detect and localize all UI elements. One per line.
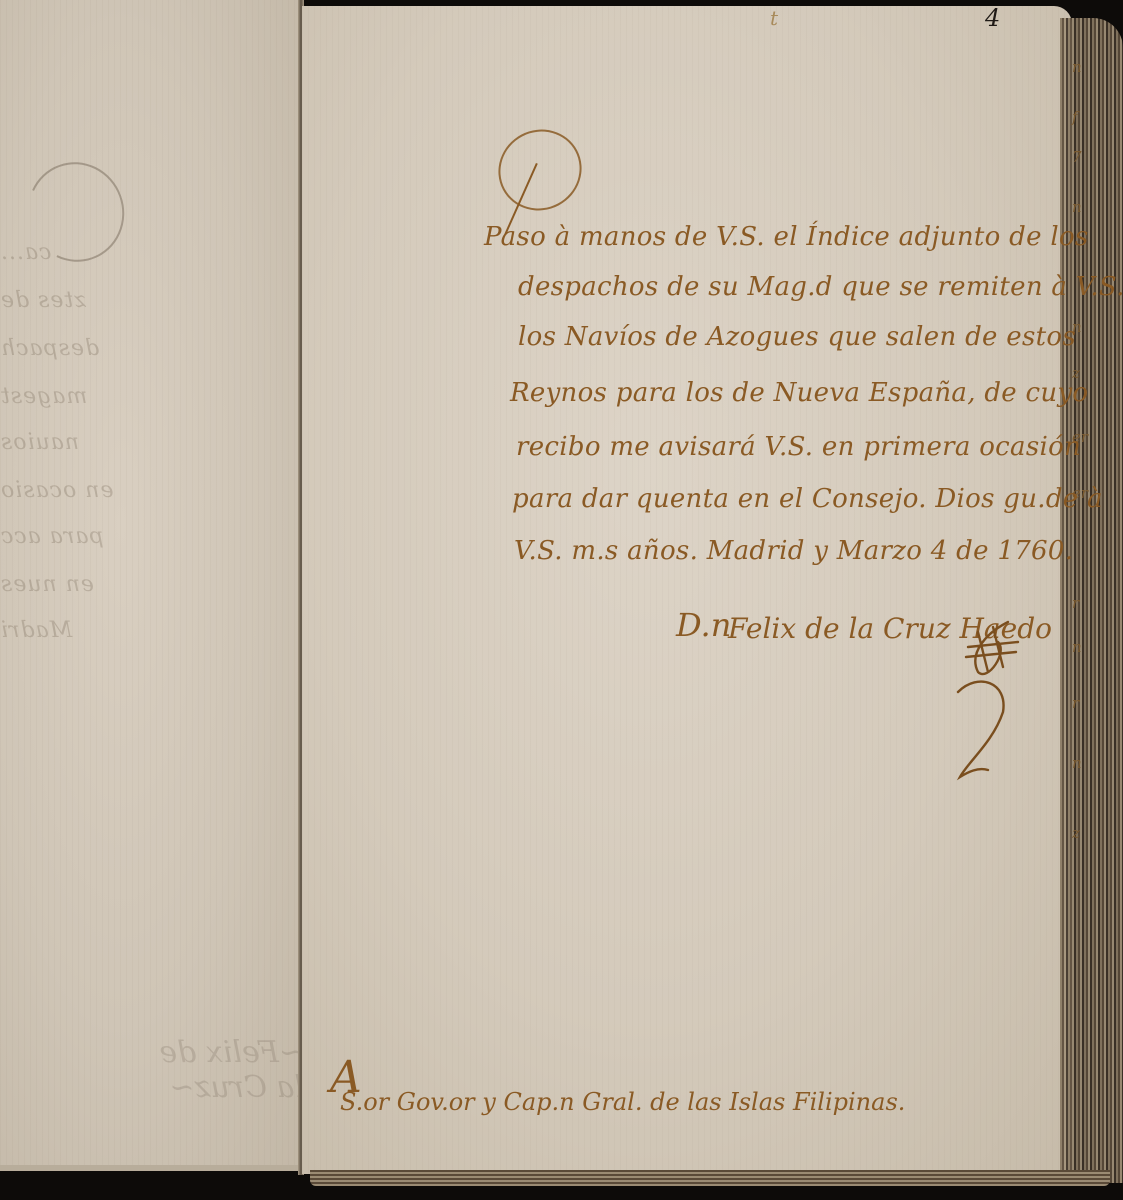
letter-line-3: los Navíos de Azogues que salen de estos (518, 322, 1076, 352)
edge-mark: n (1072, 640, 1082, 655)
edge-mark: n (1072, 756, 1082, 771)
letter-line-4: Reynos para los de Nueva España, de cuyo (510, 378, 1088, 408)
letter-line-1: Paso à manos de V.S. el Índice adjunto d… (484, 222, 1089, 252)
edge-mark: z (1072, 826, 1080, 841)
stacked-page-edges (1060, 18, 1123, 1183)
bleed-through-line: magest (0, 384, 87, 409)
edge-mark: r (1072, 596, 1079, 611)
edge-mark: f (1072, 110, 1078, 125)
scan-background: ca... ztes de despach magest nauios en o… (0, 0, 1123, 1200)
right-page-recto (302, 6, 1072, 1174)
bleed-through-signature: ~Felix de la Cruz~ (130, 1035, 304, 1105)
edge-mark: r (1072, 696, 1079, 711)
bleed-through-line: despach (0, 336, 99, 361)
edge-mark: n (1072, 200, 1082, 215)
bleed-through-line: en nues (0, 572, 94, 597)
bottom-page-edges (310, 1170, 1110, 1186)
letter-line-5: recibo me avisará V.S. en primera ocasió… (516, 432, 1081, 462)
bleed-through-line: ca... (0, 240, 51, 265)
letter-line-6: para dar quenta en el Consejo. Dios gu.d… (512, 484, 1103, 514)
bleed-through-line: para acc (0, 524, 104, 549)
letter-line-2: despachos de su Mag.d que se remiten à V… (518, 272, 1123, 302)
bleed-through-line: Madri (0, 618, 72, 643)
edge-mark: n (1072, 60, 1082, 75)
bleed-through-line: nauios (0, 430, 79, 455)
addressee-line: S.or Gov.or y Cap.n Gral. de las Islas F… (340, 1088, 905, 1116)
signature-prefix: D.n (676, 606, 731, 644)
folio-number: 4 (985, 4, 1000, 32)
edge-mark: 7 (1072, 150, 1082, 165)
left-page-verso: ca... ztes de despach magest nauios en o… (0, 0, 304, 1171)
catch-mark: t (770, 6, 778, 30)
paper-texture (302, 6, 1072, 1174)
bleed-through-line: en ocasio (0, 478, 113, 503)
signature-rubric-icon (948, 612, 1028, 782)
bleed-through-line: ztes de (0, 288, 86, 313)
letter-line-7: V.S. m.s años. Madrid y Marzo 4 de 1760. (514, 536, 1073, 566)
